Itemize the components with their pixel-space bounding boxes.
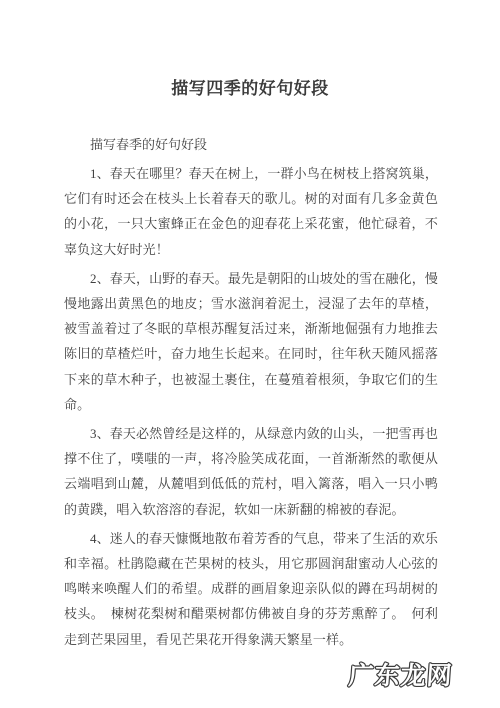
document-page: 描写四季的好句好段 描写春季的好句好段 1、春天在哪里？春天在树上，一群小鸟在树…	[0, 0, 500, 708]
document-title: 描写四季的好句好段	[0, 74, 500, 99]
paragraph-spring-4: 4、迷人的春天慷慨地散布着芳香的气息，带来了生活的欢乐和幸福。杜鹃隐藏在芒果树的…	[64, 526, 438, 652]
section-heading: 描写春季的好句好段	[64, 135, 438, 155]
paragraph-spring-2: 2、春天，山野的春天。最先是朝阳的山坡处的雪在融化，慢慢地露出黄黑色的地皮；雪水…	[64, 266, 438, 417]
watermark-text: 广东龙网	[348, 662, 454, 690]
watermark-graphic: 广东龙网	[344, 656, 474, 694]
paragraph-spring-3: 3、春天必然曾经是这样的，从绿意内敛的山头，一把雪再也撑不住了，噗嗤的一声，将冷…	[64, 421, 438, 522]
document-body: 描写春季的好句好段 1、春天在哪里？春天在树上，一群小鸟在树枝上搭窝筑巢，它们有…	[64, 135, 438, 652]
watermark: 广东龙网	[344, 656, 474, 694]
paragraph-spring-1: 1、春天在哪里？春天在树上，一群小鸟在树枝上搭窝筑巢，它们有时还会在枝头上长着春…	[64, 161, 438, 262]
